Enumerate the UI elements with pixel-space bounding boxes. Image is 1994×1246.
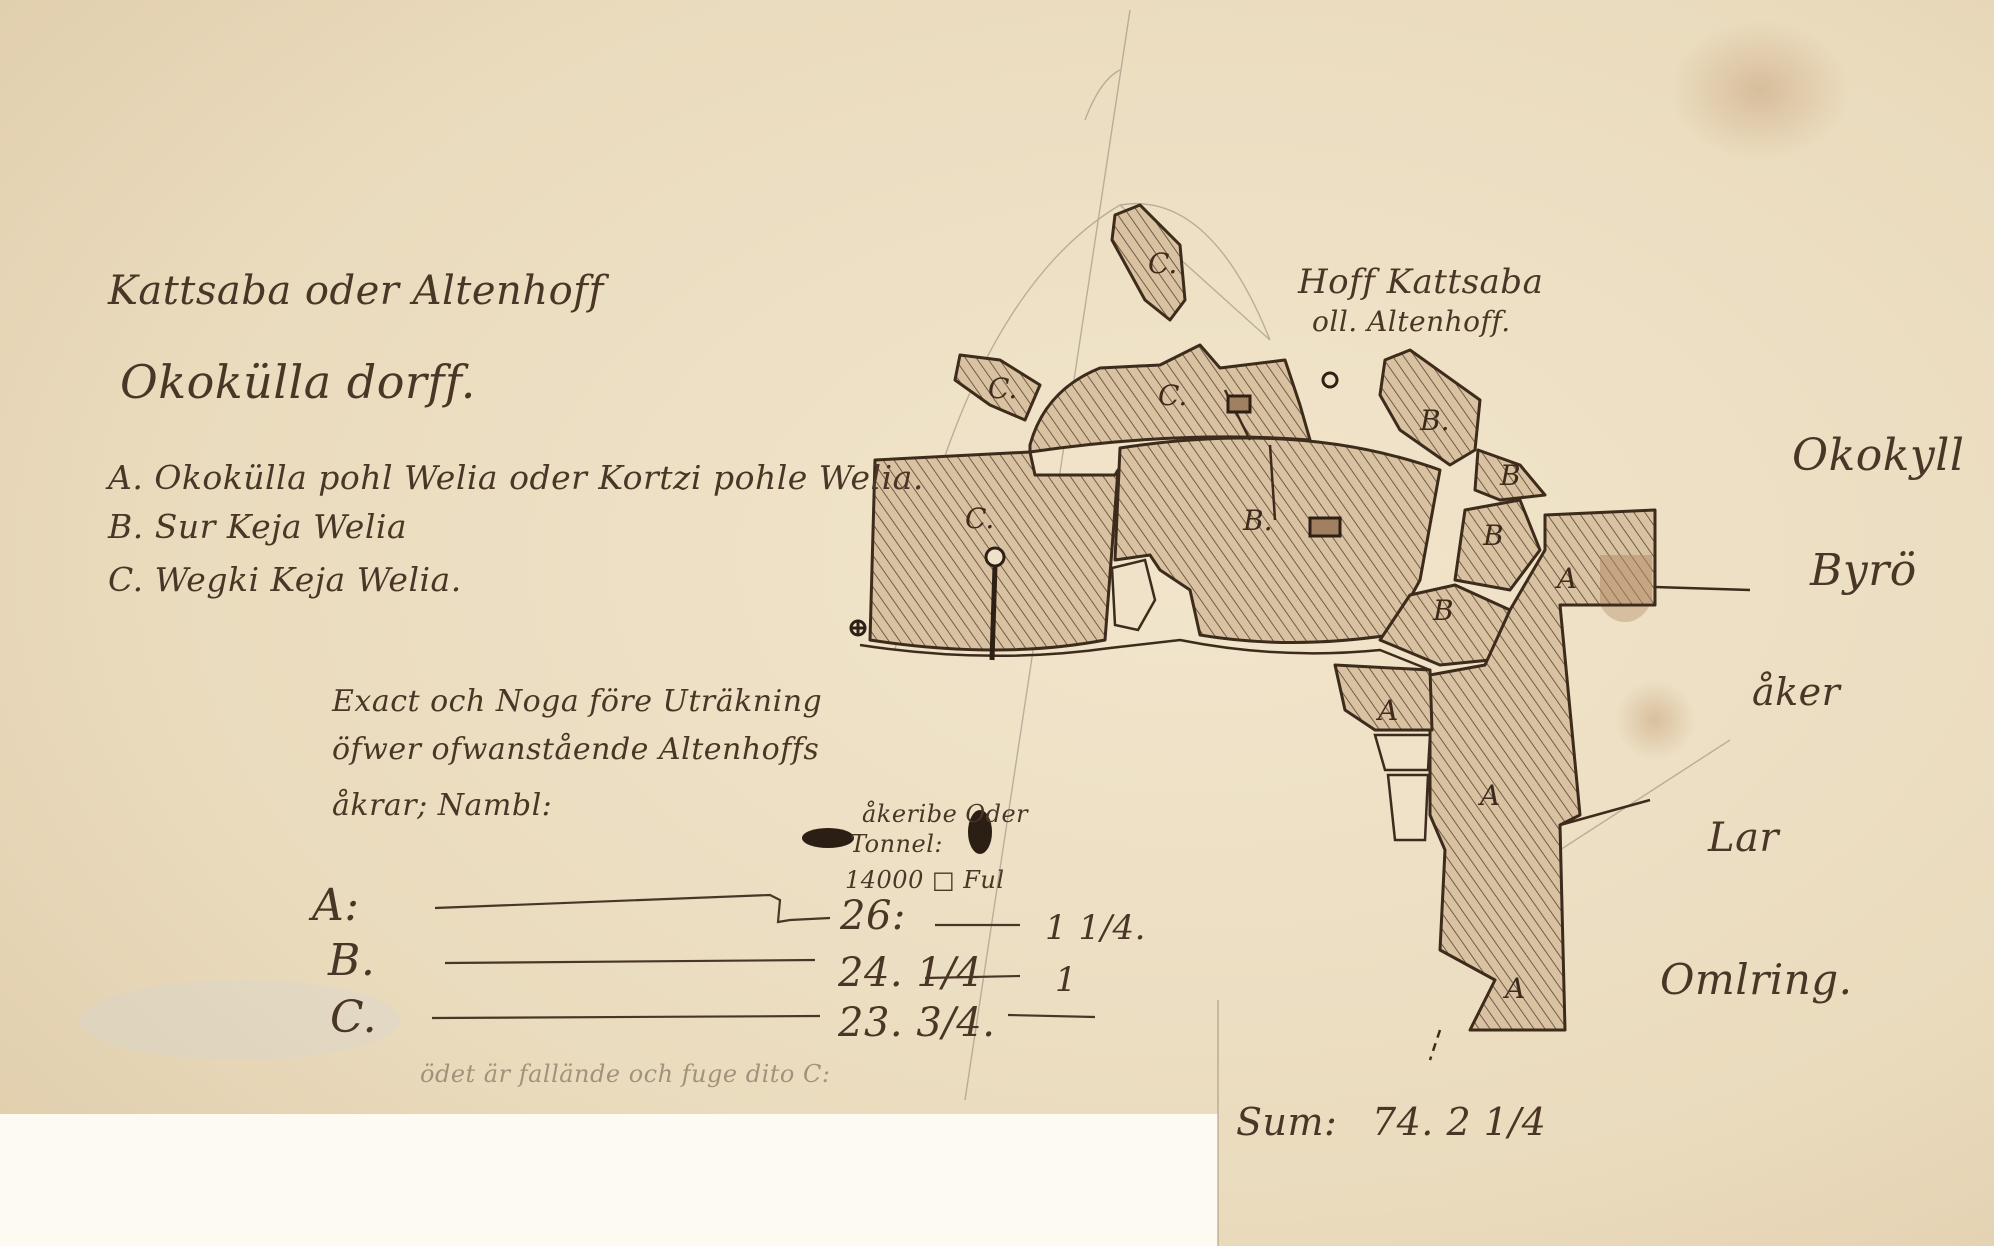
column-header-3: 14000 □ Ful	[845, 866, 1005, 894]
legend-key: B.	[108, 507, 144, 546]
parcel-label-a-small: A	[1375, 694, 1398, 727]
parcel-label-b-center: B.	[1242, 504, 1272, 537]
map-sheet: C. C. C. C. B. B. B B B A A A A Kattsaba	[0, 0, 1994, 1246]
row-extra-b: 1	[1055, 960, 1077, 1000]
margin-text-aker: åker	[1752, 670, 1840, 714]
parcel-label-a-bottom: A	[1502, 972, 1525, 1005]
parcel-label-b-upper: B.	[1419, 404, 1449, 437]
margin-text-omlring: Omlring.	[1660, 955, 1853, 1004]
legend-key: A.	[108, 458, 143, 497]
legend-label: Okokülla pohl Welia oder Kortzi pohle We…	[154, 458, 924, 497]
margin-text-lar: Lar	[1708, 815, 1779, 861]
margin-text-village: Okokyll	[1792, 430, 1964, 481]
column-header-1: åkeribe Oder	[862, 800, 1028, 828]
parcel-label-c-small: C.	[988, 372, 1017, 405]
village-name: Okokülla dorff.	[120, 355, 476, 409]
row-value-b: 24. 1/4	[838, 950, 982, 996]
table-footnote: ödet är fallände och fuge dito C:	[420, 1060, 830, 1088]
parcel-label-c-top: C.	[1148, 247, 1177, 280]
legend-label: Sur Keja Welia	[155, 507, 407, 546]
parcel-label-b-3: B	[1432, 594, 1454, 627]
table-heading-line-3: åkrar; Nambl:	[332, 784, 552, 828]
sum-total: Sum: 74. 2 1/4	[1236, 1100, 1546, 1144]
legend-label: Wegki Keja Welia.	[155, 560, 462, 599]
row-key-b: B.	[328, 935, 375, 986]
manor-label-line-1: Hoff Kattsaba	[1298, 262, 1543, 302]
margin-text-byro: Byrö	[1810, 545, 1917, 596]
manor-label: Hoff Kattsaba oll. Altenhoff.	[1298, 262, 1543, 342]
parcel-label-c-middle: C.	[1158, 379, 1187, 412]
map-title: Kattsaba oder Altenhoff	[108, 268, 604, 314]
legend-key: C.	[108, 560, 144, 599]
legend-item-c: C. Wegki Keja Welia.	[108, 560, 462, 599]
row-key-c: C.	[330, 992, 377, 1043]
parcel-label-c-left: C.	[965, 502, 994, 535]
row-extra-a: 1 1/4.	[1045, 908, 1146, 948]
table-heading-line-1: Exact och Noga före Uträkning	[332, 680, 822, 724]
manor-label-line-2: oll. Altenhoff.	[1298, 302, 1543, 342]
parcel-label-b-1: B	[1499, 459, 1521, 492]
legend-item-a: A. Okokülla pohl Welia oder Kortzi pohle…	[108, 458, 924, 497]
parcel-label-a-long: A	[1477, 779, 1500, 812]
column-header-2: Tonnel:	[850, 830, 943, 858]
row-value-c: 23. 3/4.	[838, 1000, 995, 1046]
legend-item-b: B. Sur Keja Welia	[108, 507, 407, 546]
table-heading-line-2: öfwer ofwanstående Altenhoffs	[332, 728, 819, 772]
row-key-a: A:	[312, 880, 360, 931]
sum-label: Sum:	[1236, 1100, 1337, 1144]
parcel-label-a-arm: A	[1554, 562, 1577, 595]
parcel-label-b-2: B	[1482, 519, 1504, 552]
sum-value: 74. 2 1/4	[1372, 1100, 1546, 1144]
blank-backing-sheet	[0, 1114, 1218, 1246]
map-drawing: C. C. C. C. B. B. B B B A A A A	[0, 0, 1994, 1246]
row-value-a: 26:	[840, 893, 906, 939]
